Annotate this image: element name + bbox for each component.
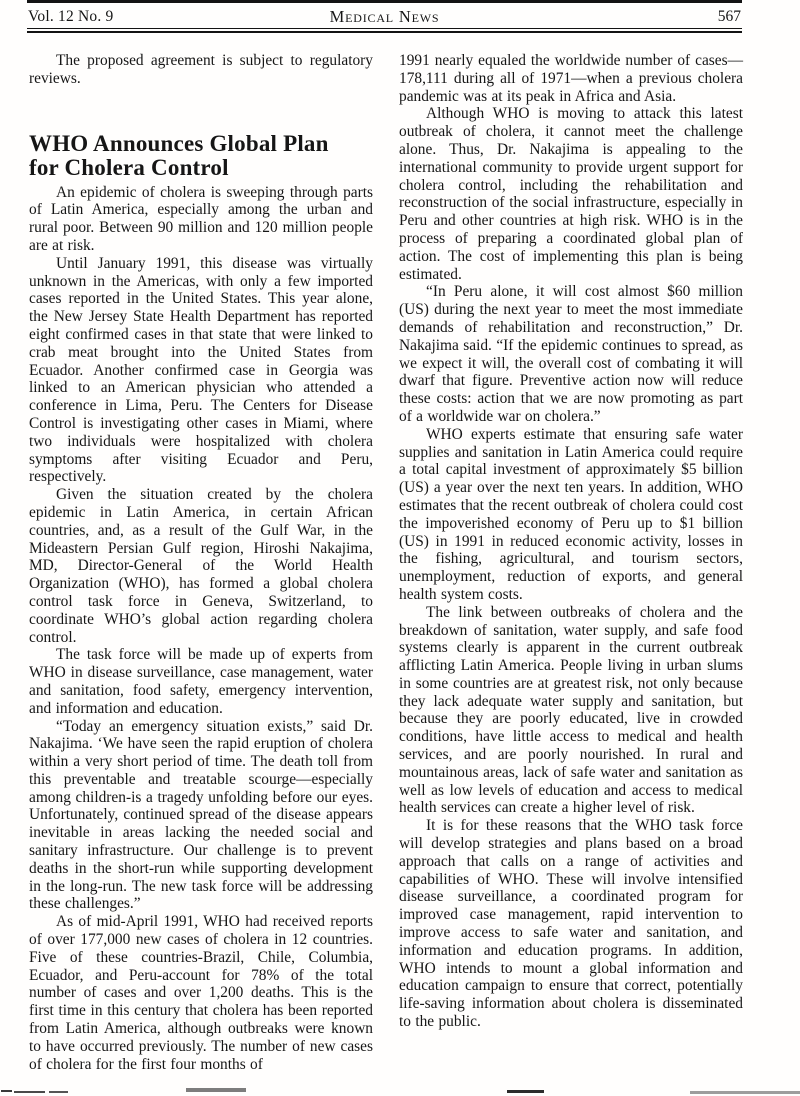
article-paragraph: WHO experts estimate that ensuring safe … xyxy=(399,426,743,604)
article-paragraph: As of mid-April 1991, WHO had received r… xyxy=(29,913,373,1073)
article-paragraph: The link between outbreaks of cholera an… xyxy=(399,604,743,818)
article-paragraph: 1991 nearly equaled the worldwide number… xyxy=(399,52,743,105)
article-paragraph: The task force will be made up of expert… xyxy=(29,646,373,717)
scan-artifact-bottom-gray-bar xyxy=(186,1088,246,1092)
intro-paragraph: The proposed agreement is subject to reg… xyxy=(29,52,373,88)
scan-artifact-bottom-left-1 xyxy=(1,1090,12,1092)
article-paragraph: Although WHO is moving to attack this la… xyxy=(399,105,743,283)
article-title-line1: WHO Announces Global Plan xyxy=(29,132,373,157)
right-column-body: 1991 nearly equaled the worldwide number… xyxy=(399,52,743,1031)
scan-artifact-bottom-left-2 xyxy=(14,1091,45,1093)
header-top-rule xyxy=(27,0,742,3)
scan-artifact-bottom-left-3 xyxy=(49,1091,68,1093)
article-paragraph: It is for these reasons that the WHO tas… xyxy=(399,817,743,1031)
left-column-body: An epidemic of cholera is sweeping throu… xyxy=(29,184,373,1074)
header-double-rule xyxy=(27,28,742,33)
article-paragraph: Given the situation created by the chole… xyxy=(29,486,373,646)
scan-artifact-bottom-dark-bar xyxy=(507,1090,544,1093)
article-paragraph: An epidemic of cholera is sweeping throu… xyxy=(29,184,373,255)
article-paragraph: “Today an emergency situation exists,” s… xyxy=(29,718,373,914)
page-number: 567 xyxy=(718,7,741,27)
journal-title: Medical News xyxy=(27,7,742,27)
article-title: WHO Announces Global Plan for Cholera Co… xyxy=(29,132,373,181)
article-paragraph: Until January 1991, this disease was vir… xyxy=(29,255,373,486)
column-right: 1991 nearly equaled the worldwide number… xyxy=(399,52,743,1031)
journal-page: Vol. 12 No. 9 Medical News 567 The propo… xyxy=(0,0,800,1096)
scan-artifact-bottom-light-bar xyxy=(690,1091,800,1094)
article-title-line2: for Cholera Control xyxy=(29,156,373,181)
article-paragraph: “In Peru alone, it will cost almost $60 … xyxy=(399,283,743,425)
running-head: Vol. 12 No. 9 Medical News 567 xyxy=(27,7,742,27)
column-left: The proposed agreement is subject to reg… xyxy=(29,52,373,1073)
